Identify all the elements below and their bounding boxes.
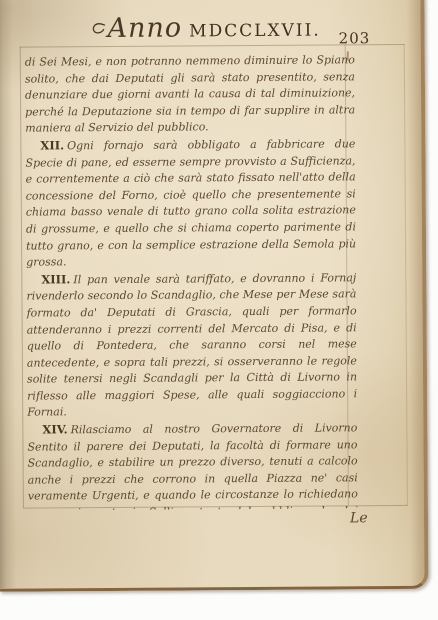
manuscript-page: AnnoMDCCLXVII. 203 di Sei Mesi, e non po…: [0, 0, 428, 592]
paragraph-xiv: XIV.Rilasciamo al nostro Governatore di …: [27, 419, 358, 510]
page-edge-shading: [406, 0, 424, 586]
paragraph-text: di Sei Mesi, e non potranno nemmeno dimi…: [25, 53, 355, 135]
header-year-roman: MDCCLXVII.: [189, 21, 321, 42]
paragraph-text: Rilasciamo al nostro Governatore di Livo…: [27, 421, 357, 510]
page-header: AnnoMDCCLXVII.: [90, 12, 320, 45]
scan-background: AnnoMDCCLXVII. 203 di Sei Mesi, e non po…: [0, 0, 438, 620]
paragraph-number: XIII.: [41, 272, 70, 286]
paragraph-xii: XII.Ogni fornajo sarà obbligato a fabbri…: [25, 135, 356, 271]
paragraph-number: XIV.: [42, 422, 67, 436]
paragraph-number: XII.: [40, 138, 64, 152]
folio-number: 203: [339, 29, 371, 47]
manuscript-body-text: di Sei Mesi, e non potranno nemmeno dimi…: [25, 52, 358, 510]
header-anno-script: Anno: [107, 12, 182, 44]
gutter-shadow: [0, 0, 16, 589]
paragraph-text: Il pan venale sarà tariffato, e dovranno…: [26, 271, 357, 419]
paragraph-xiii: XIII.Il pan venale sarà tariffato, e dov…: [26, 269, 357, 422]
paragraph-text: Ogni fornajo sarà obbligato a fabbricare…: [25, 137, 356, 268]
paragraph-continuation: di Sei Mesi, e non potranno nemmeno dimi…: [25, 52, 356, 137]
catchword: Le: [350, 510, 368, 526]
ruled-frame-left-line: [20, 47, 24, 508]
flourish-icon: [91, 21, 107, 39]
